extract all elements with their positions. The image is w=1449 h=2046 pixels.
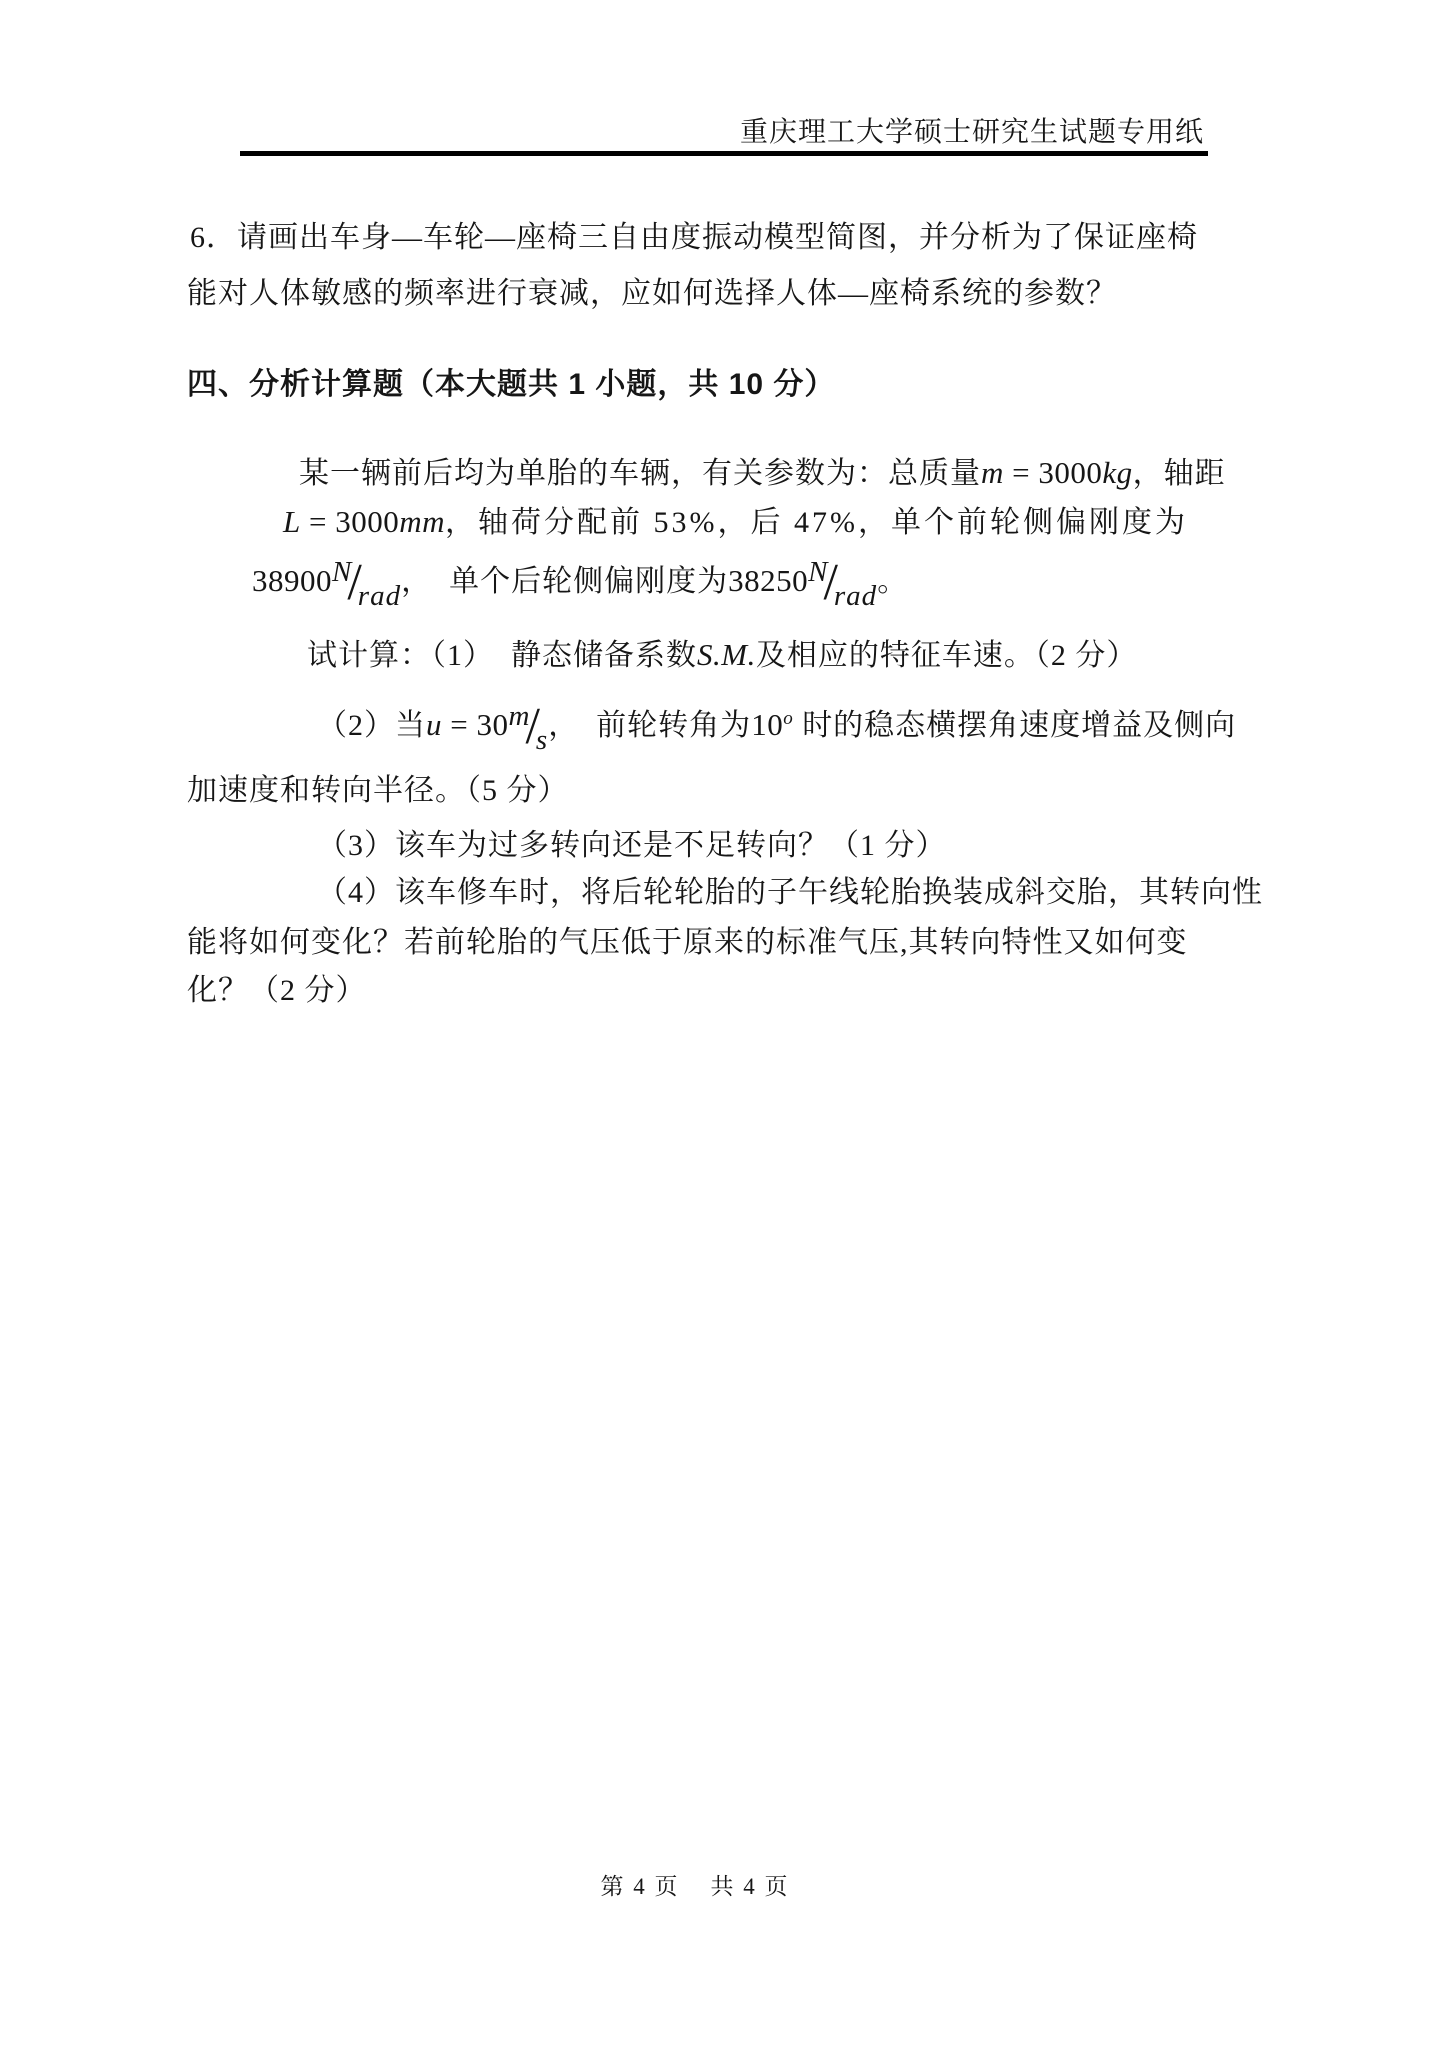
section4-heading: 四、分析计算题（本大题共 1 小题，共 10 分） [187,359,835,403]
question6-line2: 能对人体敏感的频率进行衰减，应如何选择人体—座椅系统的参数？ [187,268,1117,312]
subquestion3-line: （3）该车为过多转向还是不足转向？（1 分） [317,820,947,864]
math-segment: u [426,707,442,742]
text-segment: 及相应的特征车速。（2 分） [756,639,1138,672]
text-segment: ，轴荷分配前 53%，后 47%，单个前轮侧偏刚度为 [445,506,1188,539]
exam-page: 重庆理工大学硕士研究生试题专用纸 6．请画出车身—车轮—座椅三自由度振动模型简图… [0,0,1449,2046]
subquestion2-line1: （2）当u = 30m/s， 前轮转角为10o 时的稳态横摆角速度增益及侧向 [317,700,1236,757]
text-segment: 时的稳态横摆角速度增益及侧向 [794,709,1237,742]
question6-line1: 6．请画出车身—车轮—座椅三自由度振动模型简图，并分析为了保证座椅 [190,212,1198,256]
math-segment: L [283,504,301,539]
math-fraction: N/rad [808,556,877,613]
problem-line1: 某一辆前后均为单胎的车辆，有关参数为：总质量m = 3000kg，轴距 [299,448,1226,492]
text-segment: ， 前轮转角为 [548,709,751,742]
problem-line2: L = 3000mm，轴荷分配前 53%，后 47%，单个前轮侧偏刚度为 [283,497,1188,541]
fraction-denominator: s [536,724,548,756]
math-segment: m [981,455,1004,490]
math-fraction: N/rad [332,556,401,613]
math-segment: o [783,708,794,729]
header-divider [240,151,1208,156]
page-header-title: 重庆理工大学硕士研究生试题专用纸 [740,110,1204,150]
math-segment: 38900 [252,563,332,598]
fraction-denominator: rad [358,580,401,612]
math-segment: = 3000 [1004,455,1102,490]
subquestion4-line2: 能将如何变化？若前轮胎的气压低于原来的标准气压,其转向特性又如何变 [187,917,1188,961]
text-segment: ， 单个后轮侧偏刚度为 [401,565,728,598]
text-segment: （2）当 [317,709,426,742]
text-segment: 试计算：（1） 静态储备系数 [307,639,697,672]
text-segment: 。 [877,565,908,598]
subquestion4-line3: 化？（2 分） [187,965,367,1009]
fraction-denominator: rad [834,580,877,612]
math-segment: = 30 [442,707,508,742]
problem-line3: 38900N/rad， 单个后轮侧偏刚度为38250N/rad。 [252,556,908,613]
text-segment: ，轴距 [1133,457,1226,490]
math-segment: = 3000 [301,504,399,539]
math-fraction: m/s [508,700,548,757]
math-segment: 38250 [728,563,808,598]
math-segment: 10 [751,707,783,742]
math-segment: kg [1102,455,1132,490]
text-segment: 某一辆前后均为单胎的车辆，有关参数为：总质量 [299,457,981,490]
page-number-footer: 第 4 页 共 4 页 [0,1868,1390,1901]
subquestion1-line: 试计算：（1） 静态储备系数S.M.及相应的特征车速。（2 分） [307,630,1137,674]
subquestion2-line2: 加速度和转向半径。（5 分） [187,765,569,809]
math-segment: mm [399,504,445,539]
subquestion4-line1: （4）该车修车时，将后轮轮胎的子午线轮胎换装成斜交胎，其转向性 [317,867,1263,911]
math-segment: S.M. [697,637,756,672]
